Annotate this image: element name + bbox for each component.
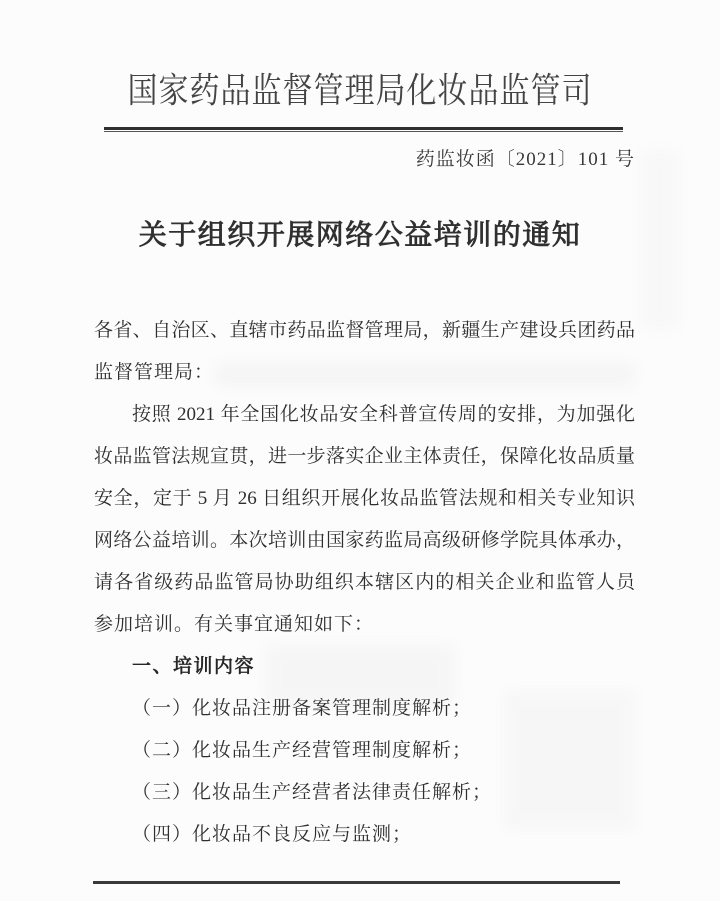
footer-rule: [93, 881, 620, 884]
letterhead-title: 国家药品监督管理局化妆品监管司: [0, 68, 720, 116]
paragraph-line-6: 参加培训。有关事宜通知如下：: [94, 604, 635, 646]
notice-title: 关于组织开展网络公益培训的通知: [0, 217, 720, 255]
training-item-2: （二）化妆品生产经营管理制度解析；: [94, 730, 635, 772]
section-heading-training-content: 一、培训内容: [94, 646, 635, 688]
paragraph-line-2: 妆品监管法规宣贯，进一步落实企业主体责任，保障化妆品质量: [94, 436, 635, 478]
paragraph-line-3: 安全，定于 5 月 26 日组织开展化妆品监管法规和相关专业知识: [94, 478, 635, 520]
document-number: 药监妆函〔2021〕101 号: [416, 147, 635, 173]
letterhead-title-text: 国家药品监督管理局化妆品监管司: [128, 64, 593, 121]
training-item-3: （三）化妆品生产经营者法律责任解析；: [94, 772, 635, 814]
paragraph-line-4: 网络公益培训。本次培训由国家药监局高级研修学院具体承办，: [94, 520, 635, 562]
training-item-1: （一）化妆品注册备案管理制度解析；: [94, 688, 635, 730]
paragraph-line-1: 按照 2021 年全国化妆品安全科普宣传周的安排，为加强化: [94, 394, 635, 436]
scanned-notice-page: 国家药品监督管理局化妆品监管司 药监妆函〔2021〕101 号 关于组织开展网络…: [0, 0, 720, 901]
training-item-4: （四）化妆品不良反应与监测；: [94, 814, 635, 856]
recipient-line-2: 监督管理局：: [94, 352, 635, 394]
paragraph-line-5: 请各省级药品监管局协助组织本辖区内的相关企业和监管人员: [94, 562, 635, 604]
notice-body: 各省、自治区、直辖市药品监督管理局，新疆生产建设兵团药品 监督管理局： 按照 2…: [94, 310, 635, 856]
letterhead-rule: [104, 127, 623, 132]
recipient-line-1: 各省、自治区、直辖市药品监督管理局，新疆生产建设兵团药品: [94, 310, 635, 352]
